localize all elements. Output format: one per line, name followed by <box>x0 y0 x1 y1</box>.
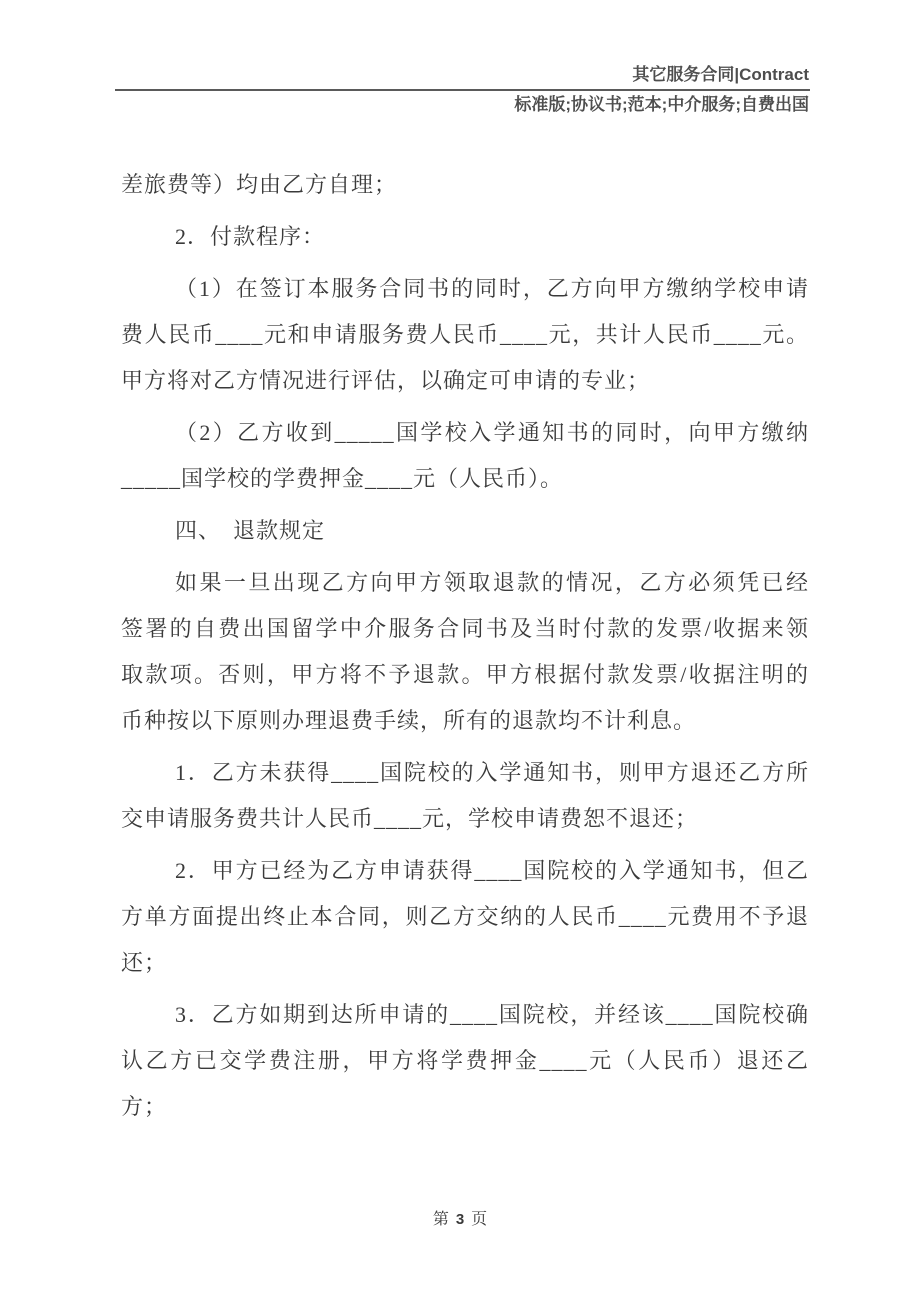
body-paragraph: （2）乙方收到_____国学校入学通知书的同时，向甲方缴纳_____国学校的学费… <box>121 410 809 502</box>
page-footer: 第3页 <box>0 1206 920 1229</box>
body-line: （2）乙方收到_____国学校入学通知书的同时，向甲方缴纳 <box>121 410 809 456</box>
page-number-suffix: 页 <box>471 1211 487 1228</box>
contract-document-page: { "colors": { "header_text": "#4d4d4d", … <box>0 0 920 1302</box>
body-line: 1．乙方未获得____国院校的入学通知书，则甲方退还乙方所 <box>121 750 809 796</box>
body-line: 方单方面提出终止本合同，则乙方交纳的人民币____元费用不予退 <box>121 894 809 940</box>
body-line: 费人民币____元和申请服务费人民币____元，共计人民币____元。 <box>121 312 809 358</box>
page-number-prefix: 第 <box>433 1211 449 1228</box>
body-line: 认乙方已交学费注册，甲方将学费押金____元（人民币）退还乙方； <box>121 1038 809 1130</box>
document-body: 差旅费等）均由乙方自理；2．付款程序：（1）在签订本服务合同书的同时，乙方向甲方… <box>121 162 809 1136</box>
body-paragraph: 1．乙方未获得____国院校的入学通知书，则甲方退还乙方所交申请服务费共计人民币… <box>121 750 809 842</box>
body-line: 甲方将对乙方情况进行评估，以确定可申请的专业； <box>121 358 809 404</box>
body-line: 币种按以下原则办理退费手续，所有的退款均不计利息。 <box>121 698 809 744</box>
header-category-title: 其它服务合同|Contract <box>632 64 809 86</box>
body-paragraph: 3．乙方如期到达所申请的____国院校，并经该____国院校确认乙方已交学费注册… <box>121 992 809 1130</box>
body-line: 签署的自费出国留学中介服务合同书及当时付款的发票/收据来领 <box>121 606 809 652</box>
body-line: （1）在签订本服务合同书的同时，乙方向甲方缴纳学校申请 <box>121 266 809 312</box>
body-paragraph: 2．付款程序： <box>121 214 809 260</box>
body-line: 2．甲方已经为乙方申请获得____国院校的入学通知书，但乙 <box>121 848 809 894</box>
body-line: 交申请服务费共计人民币____元，学校申请费恕不退还； <box>121 796 809 842</box>
body-paragraph: 2．甲方已经为乙方申请获得____国院校的入学通知书，但乙方单方面提出终止本合同… <box>121 848 809 986</box>
page-number: 3 <box>456 1211 464 1228</box>
body-paragraph: 差旅费等）均由乙方自理； <box>121 162 809 208</box>
body-line: 2．付款程序： <box>121 214 809 260</box>
body-paragraph: 如果一旦出现乙方向甲方领取退款的情况，乙方必须凭已经签署的自费出国留学中介服务合… <box>121 560 809 744</box>
body-line: 还； <box>121 940 809 986</box>
body-paragraph: （1）在签订本服务合同书的同时，乙方向甲方缴纳学校申请费人民币____元和申请服… <box>121 266 809 404</box>
body-line: 四、 退款规定 <box>121 508 809 554</box>
body-paragraph: 四、 退款规定 <box>121 508 809 554</box>
header-divider-rule <box>115 89 810 91</box>
body-line: 取款项。否则，甲方将不予退款。甲方根据付款发票/收据注明的 <box>121 652 809 698</box>
header-keywords-subtitle: 标准版;协议书;范本;中介服务;自费出国 <box>514 94 809 116</box>
body-line: 3．乙方如期到达所申请的____国院校，并经该____国院校确 <box>121 992 809 1038</box>
body-line: 如果一旦出现乙方向甲方领取退款的情况，乙方必须凭已经 <box>121 560 809 606</box>
body-line: 差旅费等）均由乙方自理； <box>121 162 809 208</box>
body-line: _____国学校的学费押金____元（人民币）。 <box>121 456 809 502</box>
